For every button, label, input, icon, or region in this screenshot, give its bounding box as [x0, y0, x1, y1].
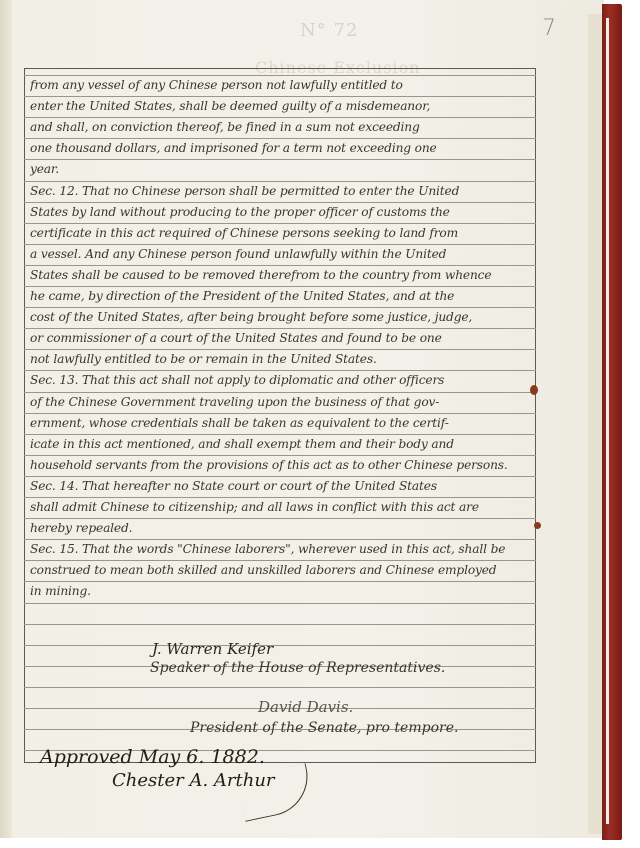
- handwritten-line: and shall, on conviction thereof, be fin…: [30, 119, 535, 135]
- handwritten-line: ernment, whose credentials shall be take…: [30, 415, 535, 431]
- ruled-line: [24, 307, 536, 308]
- bleed-through-text: N° 72: [300, 20, 358, 41]
- handwritten-line: construed to mean both skilled and unski…: [30, 562, 535, 578]
- handwritten-line: a vessel. And any Chinese person found u…: [30, 246, 535, 262]
- handwritten-line: from any vessel of any Chinese person no…: [30, 77, 535, 93]
- page-left-edge: [0, 0, 12, 838]
- binding-edge: [606, 18, 609, 824]
- ruled-line: [24, 117, 536, 118]
- ruled-line: [24, 328, 536, 329]
- ruled-line: [24, 581, 536, 582]
- speaker-signature: J. Warren Keifer: [152, 640, 273, 658]
- handwritten-line: household servants from the provisions o…: [30, 457, 535, 473]
- ruled-line: [24, 560, 536, 561]
- handwritten-line: or commissioner of a court of the United…: [30, 330, 535, 346]
- ruled-line: [24, 96, 536, 97]
- ruled-line: [24, 476, 536, 477]
- ruled-line: [24, 645, 536, 646]
- handwritten-line: Sec. 15. That the words "Chinese laborer…: [30, 541, 535, 557]
- handwritten-line: not lawfully entitled to be or remain in…: [30, 351, 535, 367]
- ruled-line: [24, 392, 536, 393]
- handwritten-line: enter the United States, shall be deemed…: [30, 98, 535, 114]
- ruled-line: [24, 286, 536, 287]
- handwritten-line: one thousand dollars, and imprisoned for…: [30, 140, 535, 156]
- ruled-line: [24, 265, 536, 266]
- ruled-line: [24, 413, 536, 414]
- ink-stain: [534, 522, 541, 529]
- ruled-line: [24, 539, 536, 540]
- handwritten-line: icate in this act mentioned, and shall e…: [30, 436, 535, 452]
- handwritten-line: Sec. 13. That this act shall not apply t…: [30, 372, 535, 388]
- handwritten-line: certificate in this act required of Chin…: [30, 225, 535, 241]
- handwritten-line: year.: [30, 161, 535, 177]
- handwritten-line: States by land without producing to the …: [30, 204, 535, 220]
- ruled-line: [24, 603, 536, 604]
- ruled-line: [24, 181, 536, 182]
- ruled-line: [24, 349, 536, 350]
- ruled-line: [24, 455, 536, 456]
- ruled-line: [24, 624, 536, 625]
- handwritten-line: Sec. 12. That no Chinese person shall be…: [30, 183, 535, 199]
- ruled-line: [24, 370, 536, 371]
- page-number: 7: [542, 16, 556, 41]
- ruled-line: [24, 75, 536, 76]
- ruled-line: [24, 434, 536, 435]
- speaker-title: Speaker of the House of Representatives.: [150, 660, 445, 676]
- handwritten-line: in mining.: [30, 583, 535, 599]
- senate-president-title: President of the Senate, pro tempore.: [190, 720, 458, 736]
- handwritten-line: hereby repealed.: [30, 520, 535, 536]
- ruled-line: [24, 687, 536, 688]
- handwritten-line: of the Chinese Government traveling upon…: [30, 394, 535, 410]
- handwritten-line: shall admit Chinese to citizenship; and …: [30, 499, 535, 515]
- ruled-line: [24, 138, 536, 139]
- ruled-line: [24, 244, 536, 245]
- handwritten-line: Sec. 14. That hereafter no State court o…: [30, 478, 535, 494]
- ruled-line: [24, 518, 536, 519]
- ruled-line: [24, 497, 536, 498]
- handwritten-line: cost of the United States, after being b…: [30, 309, 535, 325]
- ruled-line: [24, 159, 536, 160]
- handwritten-line: he came, by direction of the President o…: [30, 288, 535, 304]
- ruled-line: [24, 202, 536, 203]
- ruled-line: [24, 223, 536, 224]
- ink-stain: [530, 385, 538, 395]
- page-stack-back: [588, 14, 603, 834]
- book-binding: [602, 4, 622, 840]
- approval-date: Approved May 6. 1882.: [40, 746, 265, 768]
- handwritten-line: States shall be caused to be removed the…: [30, 267, 535, 283]
- senate-president-signature: David Davis.: [258, 698, 353, 716]
